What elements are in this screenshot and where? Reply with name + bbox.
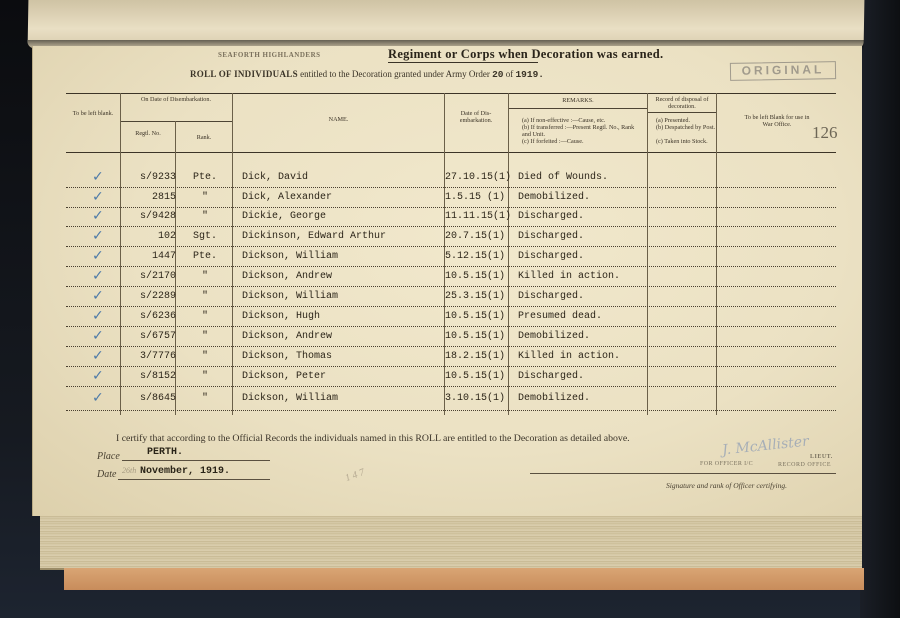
regtl-no: s/2170 xyxy=(122,267,176,286)
rank: " xyxy=(178,367,232,386)
soldier-name: Dickson, Thomas xyxy=(236,347,444,366)
signature-caption: Signature and rank of Officer certifying… xyxy=(666,481,787,490)
remarks: Demobilized. xyxy=(512,188,652,207)
place-label: Place xyxy=(97,451,120,462)
rank: " xyxy=(178,287,232,306)
disembarkation-date: 3.10.15(1) xyxy=(445,389,509,408)
remarks: Killed in action. xyxy=(512,347,652,366)
regtl-no: s/8645 xyxy=(122,389,176,408)
remarks: Demobilized. xyxy=(512,327,652,346)
header-left-blank: To be left blank. xyxy=(70,110,116,117)
table-row: ✓ s/8152 " Dickson, Peter 10.5.15(1) Dis… xyxy=(66,367,836,387)
soldier-name: Dickinson, Edward Arthur xyxy=(236,227,444,246)
disposal-subrule xyxy=(648,112,716,113)
record-office: Record Office xyxy=(778,462,831,468)
remarks: Died of Wounds. xyxy=(512,168,652,187)
tick-mark-icon: ✓ xyxy=(92,247,118,266)
regtl-no: s/8152 xyxy=(122,367,176,386)
date-day: 26th xyxy=(122,466,136,475)
disembarkation-date: 20.7.15(1) xyxy=(445,227,509,246)
header-remarks-b: (b) If transferred :—Present Regtl. No.,… xyxy=(522,124,644,138)
disembarkation-date: 5.12.15(1) xyxy=(445,247,509,266)
soldier-name: Dick, Alexander xyxy=(236,188,444,207)
disembarkation-date: 1.5.15 (1) xyxy=(445,188,509,207)
header-record-of-disposal: Record of disposal of decoration. xyxy=(650,96,714,110)
remarks: Demobilized. xyxy=(512,389,652,408)
officer-line: For Officer i/c xyxy=(700,461,753,467)
remarks: Killed in action. xyxy=(512,267,652,286)
tick-mark-icon: ✓ xyxy=(92,287,118,306)
header-remarks-a: (a) If non-effective :—Cause, etc. xyxy=(522,117,644,124)
disembarkation-date: 10.5.15(1) xyxy=(445,267,509,286)
soldier-name: Dickson, Andrew xyxy=(236,327,444,346)
tick-mark-icon: ✓ xyxy=(92,168,118,187)
certification-statement: I certify that according to the Official… xyxy=(116,433,630,444)
title-rule xyxy=(388,62,538,63)
soldier-name: Dick, David xyxy=(236,168,444,187)
header-disposal-a: (a) Presented. xyxy=(656,117,716,124)
tick-mark-icon: ✓ xyxy=(92,207,118,226)
tick-mark-icon: ✓ xyxy=(92,227,118,246)
page-number: 126 xyxy=(812,123,838,143)
row-divider xyxy=(66,386,836,387)
tick-mark-icon: ✓ xyxy=(92,307,118,326)
header-name: NAME. xyxy=(236,116,441,123)
regtl-no: 1447 xyxy=(122,247,176,266)
disembarkation-date: 18.2.15(1) xyxy=(445,347,509,366)
header-remarks: REMARKS. xyxy=(512,97,644,104)
date-label: Date xyxy=(97,469,116,480)
tick-mark-icon: ✓ xyxy=(92,327,118,346)
disembarkation-date: 25.3.15(1) xyxy=(445,287,509,306)
regtl-no: 2815 xyxy=(122,188,176,207)
regtl-no: s/9233 xyxy=(122,168,176,187)
soldier-name: Dickson, William xyxy=(236,287,444,306)
book-edge-band xyxy=(64,568,864,590)
header-bottom-rule xyxy=(66,152,836,153)
rank: " xyxy=(178,207,232,226)
remarks-subrule xyxy=(509,108,647,109)
table-row: ✓ s/9233 Pte. Dick, David 27.10.15(1) Di… xyxy=(66,168,836,188)
disembarkation-date: 10.5.15(1) xyxy=(445,367,509,386)
tick-mark-icon: ✓ xyxy=(92,389,118,408)
table-row: ✓ 1447 Pte. Dickson, William 5.12.15(1) … xyxy=(66,247,836,267)
army-order-number: 20 xyxy=(492,69,503,80)
regiment-name: Seaforth Highlanders xyxy=(218,51,321,59)
regtl-no: s/9428 xyxy=(122,207,176,226)
regtl-no: s/6236 xyxy=(122,307,176,326)
officer-rank: Lieut. xyxy=(810,454,833,460)
regtl-no: 3/7776 xyxy=(122,347,176,366)
rank: " xyxy=(178,347,232,366)
remarks: Presumed dead. xyxy=(512,307,652,326)
soldier-name: Dickson, Peter xyxy=(236,367,444,386)
page-stack xyxy=(40,512,862,570)
remarks: Discharged. xyxy=(512,207,652,226)
rank: Pte. xyxy=(178,168,232,187)
disembarkation-subrule xyxy=(120,121,232,122)
regtl-no: 102 xyxy=(122,227,176,246)
place-underline xyxy=(122,460,270,461)
tick-mark-icon: ✓ xyxy=(92,188,118,207)
rank: " xyxy=(178,389,232,408)
roll-title-line: ROLL OF INDIVIDUALS entitled to the Deco… xyxy=(190,69,544,80)
disembarkation-date: 11.11.15(1) xyxy=(445,207,509,226)
soldier-name: Dickson, Andrew xyxy=(236,267,444,286)
tick-mark-icon: ✓ xyxy=(92,347,118,366)
soldier-name: Dickson, Hugh xyxy=(236,307,444,326)
header-date-disembarkation: Date of Dis- embarkation. xyxy=(448,110,504,124)
date-underline xyxy=(118,479,270,480)
remarks: Discharged. xyxy=(512,227,652,246)
disembarkation-date: 10.5.15(1) xyxy=(445,327,509,346)
table-row: ✓ s/6757 " Dickson, Andrew 10.5.15(1) De… xyxy=(66,327,836,347)
place-value: PERTH. xyxy=(147,447,183,458)
rank: " xyxy=(178,327,232,346)
header-disposal-b: (b) Despatched by Post. xyxy=(656,124,716,131)
original-stamp: ORIGINAL xyxy=(730,61,836,81)
remarks: Discharged. xyxy=(512,367,652,386)
signature-underline xyxy=(530,473,836,474)
rank: Pte. xyxy=(178,247,232,266)
table-row: ✓ 2815 " Dick, Alexander 1.5.15 (1) Demo… xyxy=(66,188,836,208)
table-row: ✓ 3/7776 " Dickson, Thomas 18.2.15(1) Ki… xyxy=(66,347,836,367)
header-remarks-c: (c) If forfeited :—Cause. xyxy=(522,138,644,145)
table-row: ✓ s/2170 " Dickson, Andrew 10.5.15(1) Ki… xyxy=(66,267,836,287)
ledger-cover-edge xyxy=(860,0,900,618)
row-divider xyxy=(66,410,836,411)
table-row: ✓ s/6236 " Dickson, Hugh 10.5.15(1) Pres… xyxy=(66,307,836,327)
header-on-date-disembarkation: On Date of Disembarkation. xyxy=(124,96,228,103)
regtl-no: s/2289 xyxy=(122,287,176,306)
rank: Sgt. xyxy=(178,227,232,246)
table-row: ✓ s/2289 " Dickson, William 25.3.15(1) D… xyxy=(66,287,836,307)
tick-mark-icon: ✓ xyxy=(92,267,118,286)
roll-year: 1919. xyxy=(515,69,544,80)
table-row: ✓ s/8645 " Dickson, William 3.10.15(1) D… xyxy=(66,389,836,409)
date-value: November, 1919. xyxy=(140,466,230,477)
remarks: Discharged. xyxy=(512,287,652,306)
remarks: Discharged. xyxy=(512,247,652,266)
rank: " xyxy=(178,267,232,286)
header-disposal-c: (c) Taken into Stock. xyxy=(656,138,716,145)
table-top-rule xyxy=(66,93,836,94)
soldier-name: Dickie, George xyxy=(236,207,444,226)
disembarkation-date: 10.5.15(1) xyxy=(445,307,509,326)
header-regtl-no: Regtl. No. xyxy=(124,130,172,137)
roll-prefix: ROLL OF INDIVIDUALS xyxy=(190,69,298,79)
rank: " xyxy=(178,188,232,207)
rank: " xyxy=(178,307,232,326)
disembarkation-date: 27.10.15(1) xyxy=(445,168,509,187)
soldier-name: Dickson, William xyxy=(236,247,444,266)
table-row: ✓ 102 Sgt. Dickinson, Edward Arthur 20.7… xyxy=(66,227,836,247)
header-rank: Rank. xyxy=(180,134,228,141)
soldier-name: Dickson, William xyxy=(236,389,444,408)
header-title: Regiment or Corps when Decoration was ea… xyxy=(388,47,663,62)
regtl-no: s/6757 xyxy=(122,327,176,346)
table-row: ✓ s/9428 " Dickie, George 11.11.15(1) Di… xyxy=(66,207,836,227)
roll-text: entitled to the Decoration granted under… xyxy=(300,69,490,79)
roll-of: of xyxy=(506,69,514,79)
tick-mark-icon: ✓ xyxy=(92,367,118,386)
header-war-office: To be left Blank for use in War Office. xyxy=(744,114,810,128)
